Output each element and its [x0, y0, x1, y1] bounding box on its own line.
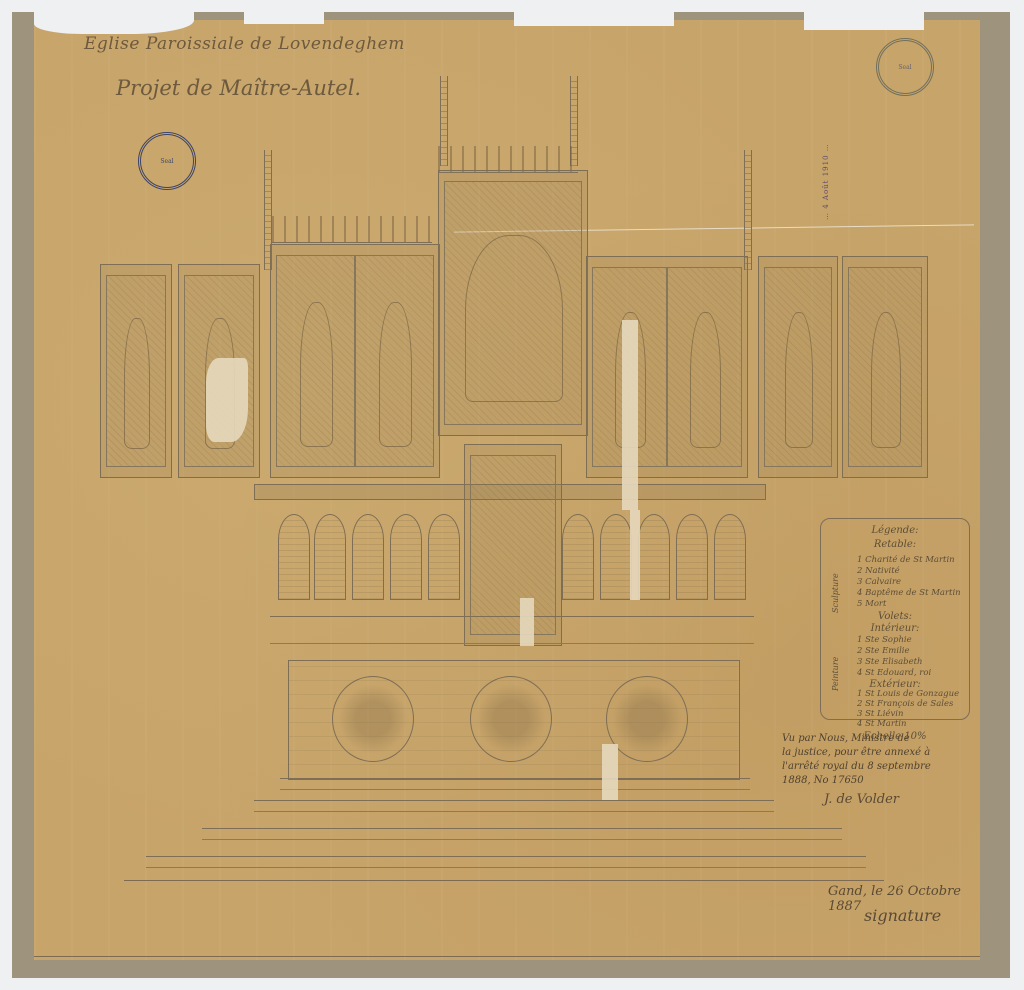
wing-panel-outer-3 — [758, 256, 838, 478]
altar-step — [202, 828, 842, 840]
legend-item: 5 Mort — [857, 599, 886, 609]
torn-edge — [244, 0, 324, 24]
note-line: Vu par Nous, Ministre de — [782, 732, 931, 746]
legend-retable-title: Retable: — [821, 539, 969, 550]
legend-sculpture-label: Sculpture — [831, 559, 840, 613]
predella-arch — [562, 514, 594, 600]
altar-step — [254, 800, 774, 812]
legend-item: 4 Baptême de St Martin — [857, 588, 961, 598]
legend-box: Légende: Retable: Sculpture 1 Charité de… — [820, 518, 970, 720]
predella-arch — [676, 514, 708, 600]
legend-title: Légende: — [821, 525, 969, 536]
legend-volets-title: Volets: — [821, 611, 969, 622]
predella-arch — [714, 514, 746, 600]
medallion-right — [606, 676, 688, 762]
legend-item: 3 Ste Elisabeth — [857, 657, 923, 667]
legend-item: 4 St Edouard, roi — [857, 668, 931, 678]
legend-item: 1 Charité de St Martin — [857, 555, 955, 565]
wing-panel-outer-1 — [100, 264, 172, 478]
paper-loss — [622, 320, 638, 510]
ink-seal-stamp-icon: Seal — [138, 132, 196, 190]
altar-step — [280, 778, 750, 790]
torn-edge — [34, 0, 194, 34]
legend-item: 2 Nativité — [857, 566, 900, 576]
torn-edge — [804, 0, 924, 30]
altar-step — [146, 856, 866, 868]
pinnacle-right — [744, 150, 752, 270]
predella-arch — [278, 514, 310, 600]
predella-arch — [390, 514, 422, 600]
torn-edge — [514, 0, 674, 26]
legend-interieur-title: Intérieur: — [821, 623, 969, 634]
predella-arch — [600, 514, 632, 600]
note-line: la justice, pour être annexé à — [782, 746, 931, 760]
paper-loss — [520, 598, 534, 646]
faded-seal-stamp-icon: Seal — [876, 38, 934, 96]
cresting-center — [438, 146, 578, 173]
legend-item: 1 Ste Sophie — [857, 635, 912, 645]
drawing-sheet: Eglise Paroissiale de Lovendeghem Projet… — [34, 20, 980, 960]
project-title: Projet de Maître-Autel. — [116, 76, 361, 100]
retable-left-panels — [270, 244, 440, 478]
wing-panel-outer-4 — [842, 256, 928, 478]
note-line: 1888, No 17650 — [782, 774, 931, 788]
border-line — [34, 956, 980, 957]
paper-loss — [206, 358, 248, 442]
medallion-left — [332, 676, 414, 762]
church-heading: Eglise Paroissiale de Lovendeghem — [84, 34, 405, 54]
retable-center-panel — [438, 170, 588, 436]
legend-item: 2 St François de Sales — [857, 699, 953, 709]
retable-right-panels — [586, 256, 748, 478]
legend-item: 4 St Martin — [857, 719, 907, 729]
minister-signature: J. de Volder — [824, 792, 899, 807]
legend-item: 1 St Louis de Gonzague — [857, 689, 959, 699]
note-line: l'arrêté royal du 8 septembre — [782, 760, 931, 774]
paper-loss — [602, 744, 618, 800]
archive-stamp: … 4 Août 1910 … — [822, 60, 830, 220]
legend-item: 2 Ste Emilie — [857, 646, 910, 656]
legend-item: 3 St Liévin — [857, 709, 903, 719]
predella-arch — [352, 514, 384, 600]
ground-line — [124, 880, 884, 881]
cresting-left — [272, 216, 432, 243]
predella-base — [270, 616, 754, 644]
predella-arch — [314, 514, 346, 600]
predella-arch — [638, 514, 670, 600]
legend-item: 3 Calvaire — [857, 577, 901, 587]
medallion-center — [470, 676, 552, 762]
approval-note: Vu par Nous, Ministre de la justice, pou… — [782, 732, 931, 788]
predella-arch — [428, 514, 460, 600]
paper-loss — [630, 510, 640, 600]
architect-signature: signature — [864, 906, 941, 925]
